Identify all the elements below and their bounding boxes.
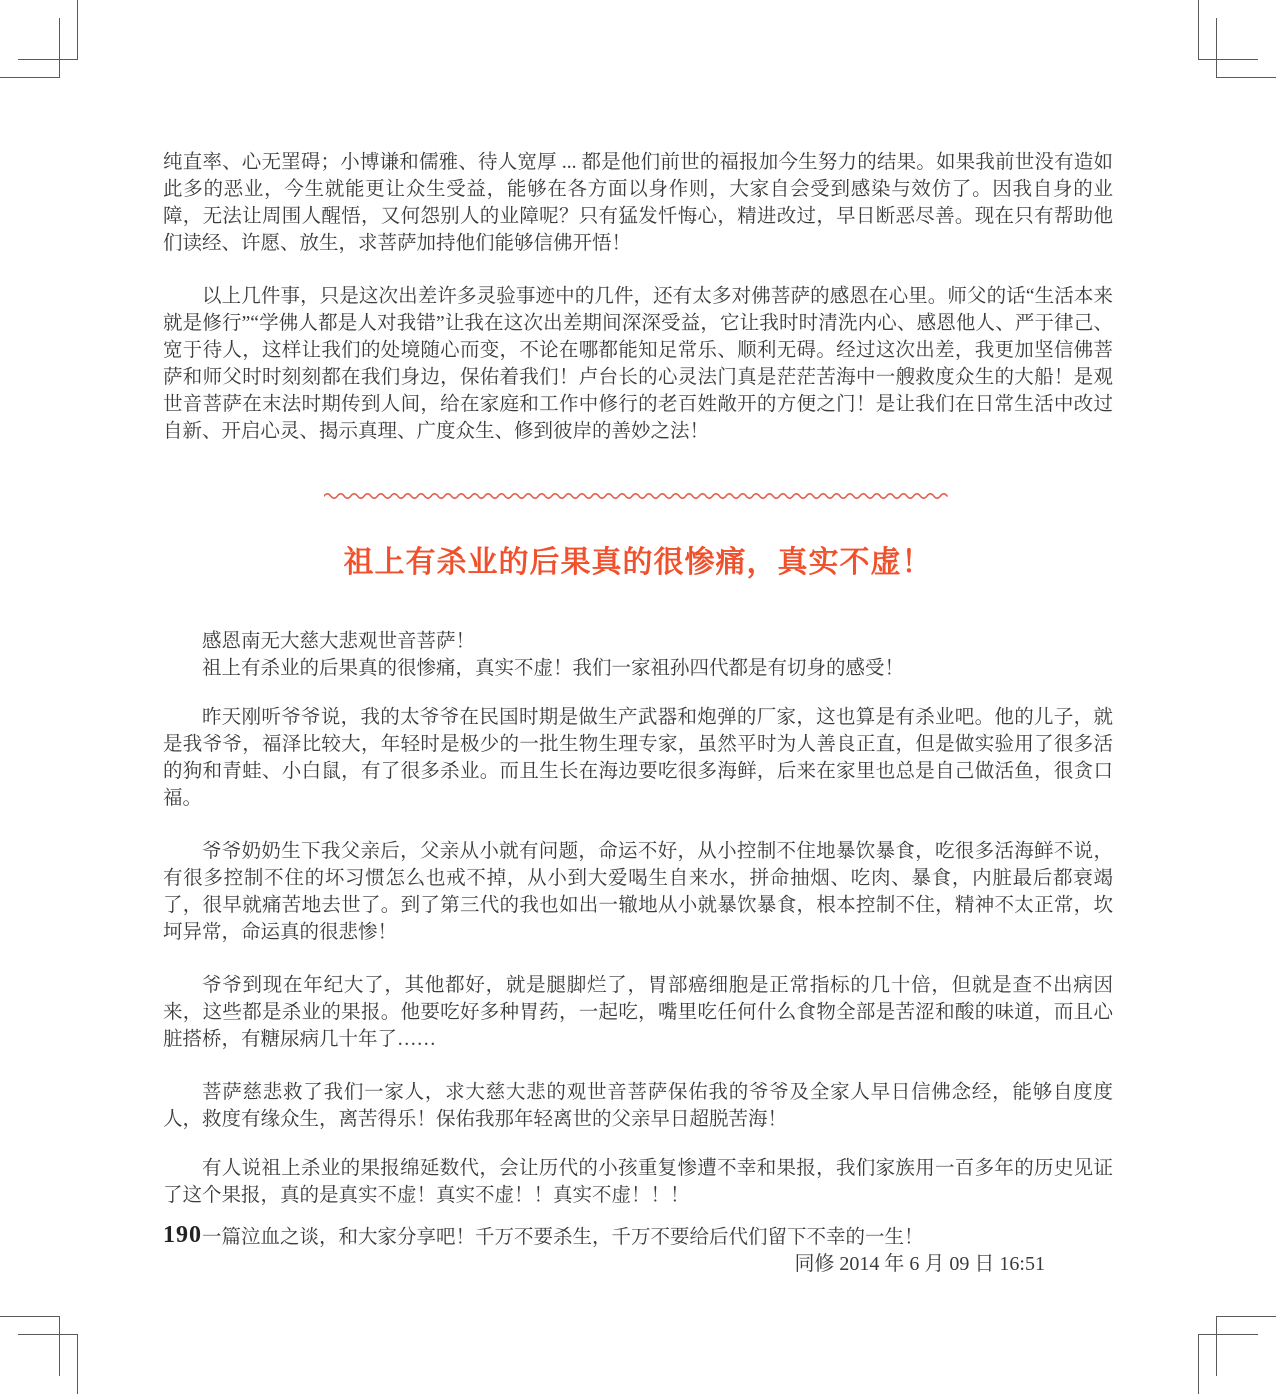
paragraph: 有人说祖上杀业的果报绵延数代，会让历代的小孩重复惨遭不幸和果报，我们家族用一百多… [163,1155,1113,1209]
crop-mark-bottom-right-inner [1216,1316,1276,1376]
paragraph: 一篇泣血之谈，和大家分享吧！千万不要杀生，千万不要给后代们留下不幸的一生！ [163,1224,1113,1251]
paragraph: 以上几件事，只是这次出差许多灵验事迹中的几件，还有太多对佛菩萨的感恩在心里。师父… [163,283,1113,445]
crop-mark-top-right-inner [1216,18,1276,78]
paragraph-continuation: 纯直率、心无罣碍；小博谦和儒雅、待人宽厚 ... 都是他们前世的福报加今生努力的… [163,149,1113,257]
crop-mark-bottom-left-inner [0,1316,60,1376]
page-number: 190 [163,1222,202,1249]
wavy-divider [163,490,1113,502]
paragraph: 爷爷到现在年纪大了，其他都好，就是腿脚烂了，胃部癌细胞是正常指标的几十倍，但就是… [163,972,1113,1053]
crop-mark-top-left-inner [0,18,60,78]
page-content: 纯直率、心无罣碍；小博谦和儒雅、待人宽厚 ... 都是他们前世的福报加今生努力的… [163,149,1113,1278]
greeting-line: 感恩南无大慈大悲观世音菩萨！ [163,628,1113,655]
greeting-line: 祖上有杀业的后果真的很惨痛，真实不虚！我们一家祖孙四代都是有切身的感受！ [163,655,1113,682]
paragraph: 爷爷奶奶生下我父亲后，父亲从小就有问题，命运不好，从小控制不住地暴饮暴食，吃很多… [163,838,1113,946]
paragraph: 菩萨慈悲救了我们一家人，求大慈大悲的观世音菩萨保佑我的爷爷及全家人早日信佛念经，… [163,1079,1113,1133]
wave-path [324,494,947,498]
book-page: 纯直率、心无罣碍；小博谦和儒雅、待人宽厚 ... 都是他们前世的福报加今生努力的… [0,0,1276,1394]
article-title: 祖上有杀业的后果真的很惨痛，真实不虚！ [163,544,1113,582]
paragraph: 昨天刚听爷爷说，我的太爷爷在民国时期是做生产武器和炮弹的厂家，这也算是有杀业吧。… [163,704,1113,812]
byline: 同修 2014 年 6 月 09 日 16:51 [163,1251,1113,1278]
